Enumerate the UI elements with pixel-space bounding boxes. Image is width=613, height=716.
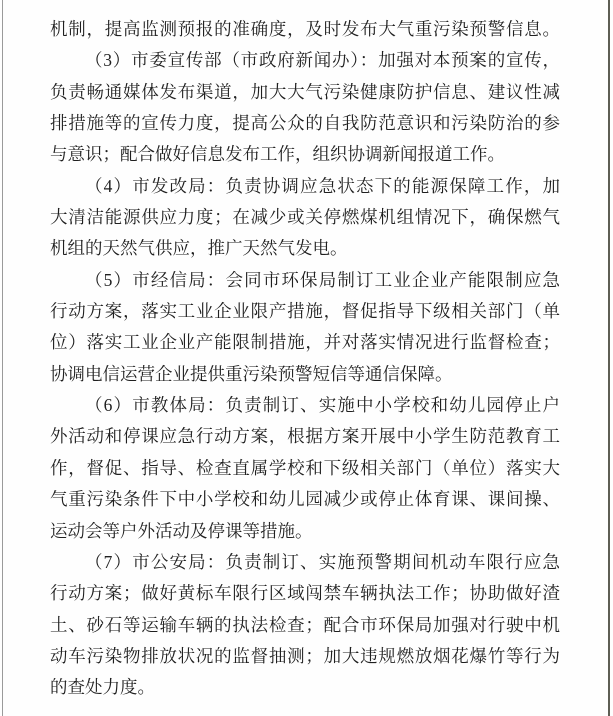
text-line: （7）市公安局：负责制订、实施预警期间机动车限行应急 <box>50 547 560 578</box>
text-line: （4）市发改局：负责协调应急状态下的能源保障工作，加 <box>50 171 560 202</box>
page-left-edge-line <box>2 0 3 716</box>
page-right-edge-line <box>608 0 610 716</box>
text-line: 气重污染条件下中小学校和幼儿园减少或停止体育课、课间操、 <box>50 484 560 515</box>
text-line: 负责畅通媒体发布渠道，加大大气污染健康防护信息、建议性减 <box>50 77 560 108</box>
text-line: 动车污染物排放状况的监督抽测；加大违规燃放烟花爆竹等行为 <box>50 641 560 672</box>
text-line: 土、砂石等运输车辆的执法检查；配合市环保局加强对行驶中机 <box>50 610 560 641</box>
text-line: 外活动和停课应急行动方案，根据方案开展中小学生防范教育工 <box>50 421 560 452</box>
text-line: 行动方案，落实工业企业限产措施，督促指导下级相关部门（单 <box>50 296 560 327</box>
text-line: 机制，提高监测预报的准确度，及时发布大气重污染预警信息。 <box>50 14 560 45</box>
document-page: 机制，提高监测预报的准确度，及时发布大气重污染预警信息。 （3）市委宣传部（市政… <box>0 0 613 716</box>
text-line: 位）落实工业企业产能限制措施，并对落实情况进行监督检查； <box>50 327 560 358</box>
text-line: （6）市教体局：负责制订、实施中小学校和幼儿园停止户 <box>50 390 560 421</box>
document-text: 机制，提高监测预报的准确度，及时发布大气重污染预警信息。 （3）市委宣传部（市政… <box>50 14 560 704</box>
text-line: （5）市经信局：会同市环保局制订工业企业产能限制应急 <box>50 265 560 296</box>
text-line: 排措施等的宣传力度，提高公众的自我防范意识和污染防治的参 <box>50 108 560 139</box>
text-line: 与意识；配合做好信息发布工作，组织协调新闻报道工作。 <box>50 139 560 170</box>
text-line: 协调电信运营企业提供重污染预警短信等通信保障。 <box>50 359 560 390</box>
text-line: 运动会等户外活动及停课等措施。 <box>50 516 560 547</box>
text-line: 行动方案；做好黄标车限行区域闯禁车辆执法工作；协助做好渣 <box>50 578 560 609</box>
text-line: 作，督促、指导、检查直属学校和下级相关部门（单位）落实大 <box>50 453 560 484</box>
text-line: 机组的天然气供应，推广天然气发电。 <box>50 233 560 264</box>
text-line: （3）市委宣传部（市政府新闻办）：加强对本预案的宣传， <box>50 45 560 76</box>
text-line: 大清洁能源供应力度；在减少或关停燃煤机组情况下，确保燃气 <box>50 202 560 233</box>
text-line: 的查处力度。 <box>50 672 560 703</box>
